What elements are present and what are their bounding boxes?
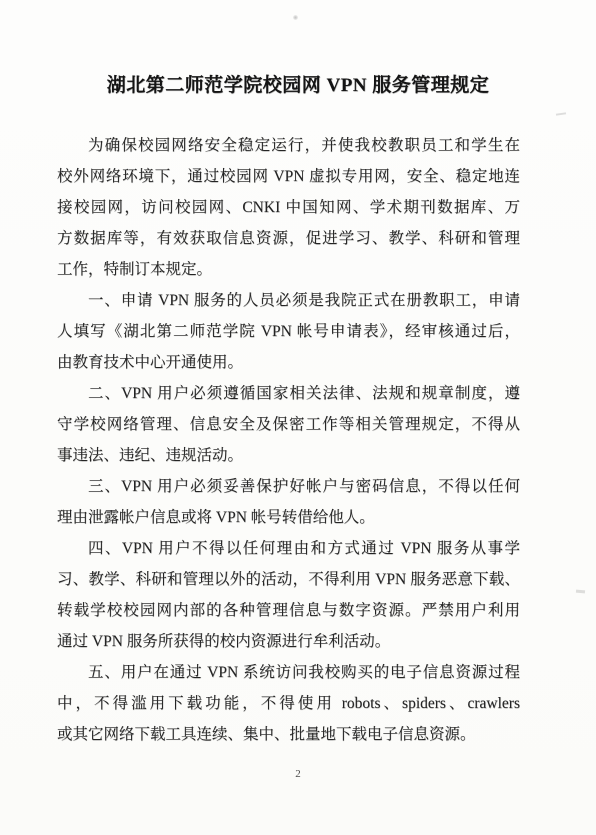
- document-title: 湖北第二师范学院校园网 VPN 服务管理规定: [0, 70, 596, 97]
- scan-artifact-speck: [293, 15, 298, 20]
- page-number: 2: [0, 768, 596, 780]
- text-line: 三、VPN 用户必须妥善保护好帐户与密码信息，不得以任何: [57, 471, 520, 502]
- scanned-document-page: 湖北第二师范学院校园网 VPN 服务管理规定 为确保校园网络安全稳定运行，并使我…: [0, 0, 596, 835]
- scan-artifact-mark: [576, 590, 585, 594]
- text-line: 校外网络环境下，通过校园网 VPN 虚拟专用网，安全、稳定地连: [57, 161, 520, 192]
- text-line: 守学校网络管理、信息安全及保密工作等相关管理规定，不得从: [57, 409, 520, 440]
- text-line: 四、VPN 用户不得以任何理由和方式通过 VPN 服务从事学: [57, 533, 520, 564]
- text-line: 通过 VPN 服务所获得的校内资源进行牟利活动。: [57, 626, 520, 657]
- text-line: 二、VPN 用户必须遵循国家相关法律、法规和规章制度，遵: [57, 378, 520, 409]
- text-line: 工作，特制订本规定。: [57, 254, 520, 285]
- text-line: 或其它网络下载工具连续、集中、批量地下载电子信息资源。: [57, 719, 520, 750]
- text-line: 五、用户在通过 VPN 系统访问我校购买的电子信息资源过程: [57, 657, 520, 688]
- text-line: 一、申请 VPN 服务的人员必须是我院正式在册教职工，申请: [57, 285, 520, 316]
- text-line: 人填写《湖北第二师范学院 VPN 帐号申请表》，经审核通过后，: [57, 316, 520, 347]
- text-line: 方数据库等，有效获取信息资源，促进学习、教学、科研和管理: [57, 223, 520, 254]
- text-line: 事违法、违纪、违规活动。: [57, 440, 520, 471]
- text-line: 理由泄露帐户信息或将 VPN 帐号转借给他人。: [57, 502, 520, 533]
- text-line: 转载学校校园网内部的各种管理信息与数字资源。严禁用户利用: [57, 595, 520, 626]
- text-line: 由教育技术中心开通使用。: [57, 347, 520, 378]
- scan-artifact-mark: [556, 112, 566, 115]
- text-line: 接校园网，访问校园网、CNKI 中国知网、学术期刊数据库、万: [57, 192, 520, 223]
- text-line: 为确保校园网络安全稳定运行，并使我校教职员工和学生在: [57, 130, 520, 161]
- text-line: 中，不得滥用下载功能，不得使用 robots、spiders、crawlers: [57, 688, 520, 719]
- text-line: 习、教学、科研和管理以外的活动，不得利用 VPN 服务恶意下载、: [57, 564, 520, 595]
- document-body: 为确保校园网络安全稳定运行，并使我校教职员工和学生在 校外网络环境下，通过校园网…: [57, 130, 520, 750]
